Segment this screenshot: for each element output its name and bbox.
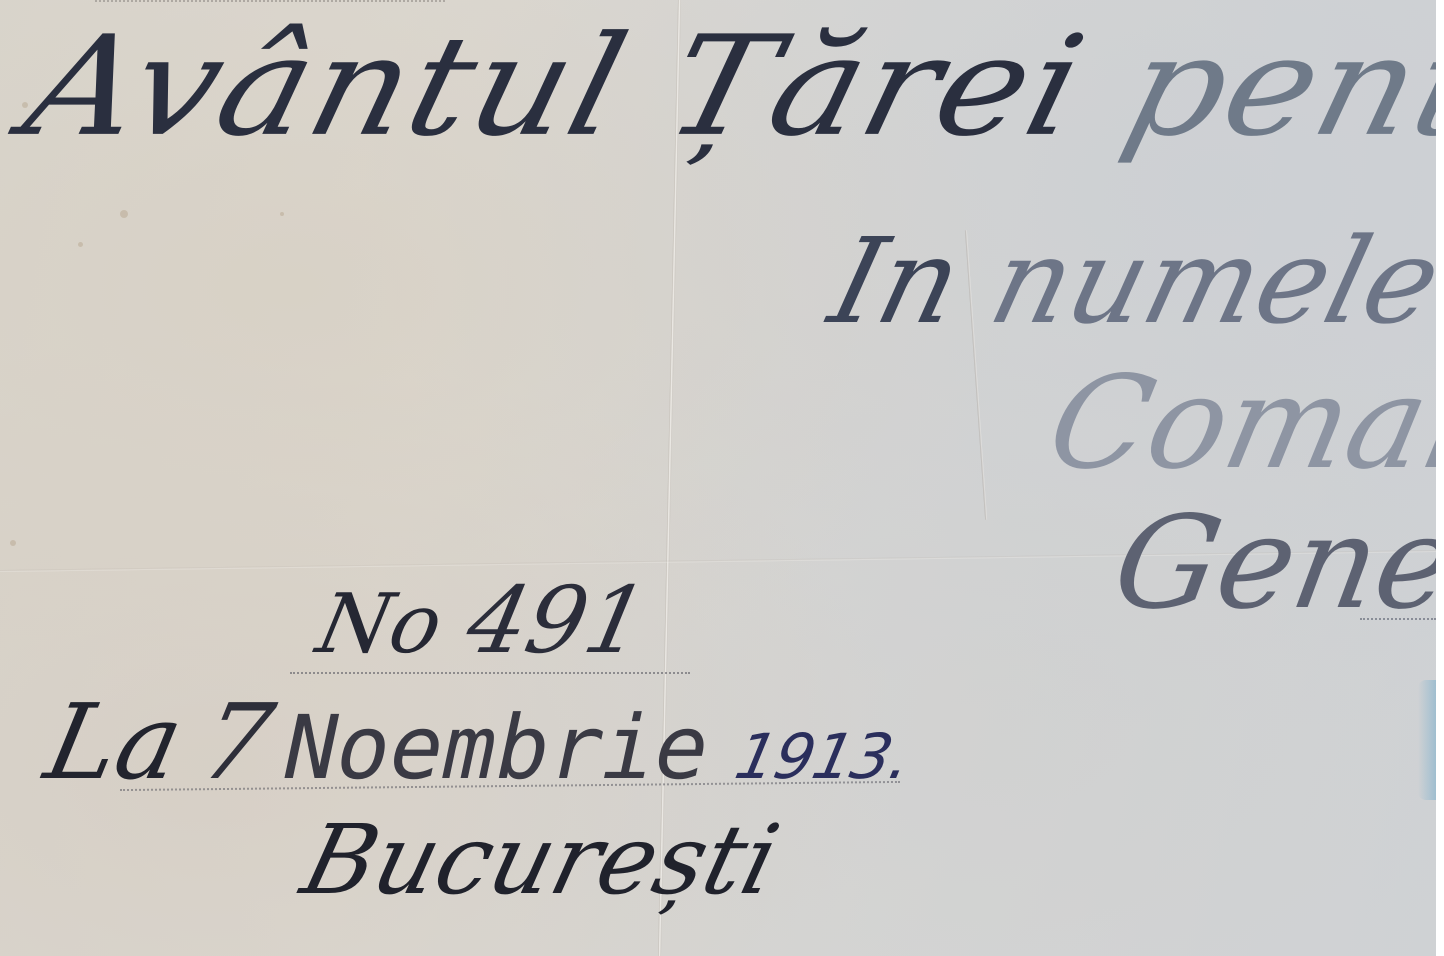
number-value: 491 — [458, 567, 656, 674]
body-line-comandant: Comand — [1039, 360, 1436, 488]
stamp-edge-mark — [1418, 680, 1436, 800]
number-dotted-line — [290, 672, 690, 674]
document-title: Avântul Țărei pentru — [14, 18, 1436, 156]
body-line-general: Gener — [1105, 500, 1436, 628]
paper-stain — [78, 242, 83, 247]
general-dotted-line — [1360, 618, 1436, 620]
image-border — [1436, 0, 1444, 956]
title-main: Avântul Țărei — [11, 7, 1100, 167]
in-name-faded: numele A — [941, 212, 1436, 350]
document-paper: Avântul Țărei pentru In numele A Comand … — [0, 0, 1436, 956]
registry-date: La7Noembrie1913. — [38, 690, 924, 794]
title-continuation: pentru — [1060, 7, 1436, 167]
number-label: No — [309, 577, 450, 672]
paper-stain — [10, 540, 16, 546]
body-line-in-name: In numele A — [821, 222, 1436, 340]
date-prefix: La — [36, 681, 193, 803]
paper-stain — [120, 210, 128, 218]
paper-stain — [280, 212, 284, 216]
registry-city: București — [294, 812, 787, 908]
registry-number: No491 — [310, 575, 654, 667]
date-day: 7 — [191, 681, 283, 803]
top-dotted-line — [95, 0, 445, 5]
